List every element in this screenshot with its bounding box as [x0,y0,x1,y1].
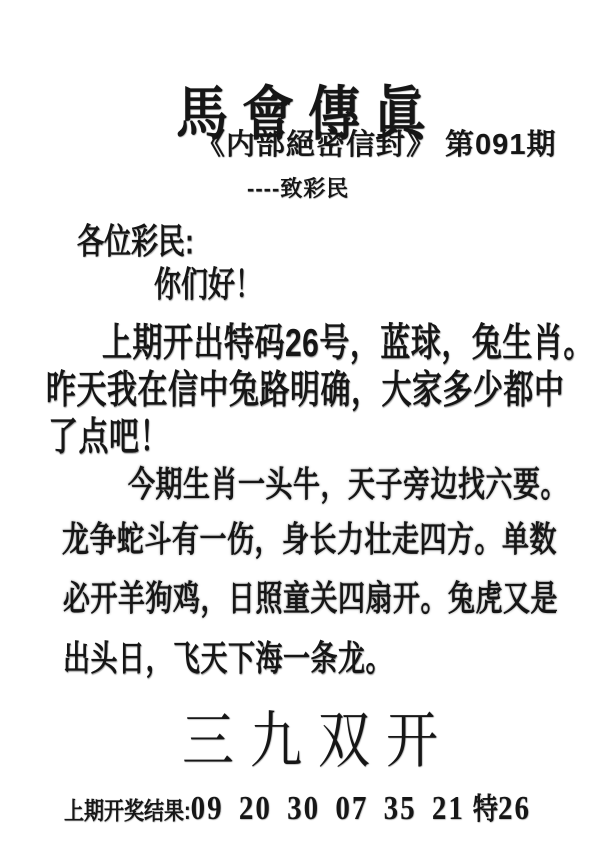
dedication-line: ----致彩民 [247,178,349,200]
footer-winning-numbers: 09 20 30 07 35 21 [191,790,465,828]
footer-previous-results: 上期开奖结果:09 20 30 07 35 21特26 [64,792,531,826]
footer-label: 上期开奖结果: [64,799,191,825]
paragraph2-line3: 必开羊狗鸡，日照童关四扇开。兔虎又是 [63,582,558,617]
special-number-label: 特 [473,793,498,826]
paragraph2-line1: 今期生肖一头牛，天子旁边找六要。 [128,468,568,503]
paragraph2-line4: 出头日，飞天下海一条龙。 [63,642,393,677]
special-number: 特26 [473,804,531,824]
special-number-value: 26 [498,790,531,828]
subtitle-envelope-issue: 《内部絕密信封》 第091期 [196,131,556,160]
fax-document: 馬會傳眞 《内部絕密信封》 第091期 ----致彩民 各位彩民: 你们好！ 上… [0,0,602,853]
salutation: 各位彩民: [77,225,194,260]
paragraph1-line1: 上期开出特码26号，蓝球，兔生肖。 [102,325,594,364]
paragraph1-line2: 昨天我在信中兔路明确，大家多少都中 [46,372,565,411]
highlight-prediction: 三九双开 [0,712,602,773]
paragraph2-line2: 龙争蛇斗有一伤，身长力壮走四方。单数 [62,523,557,558]
greeting: 你们好！ [154,268,262,303]
paragraph1-line3: 了点吧！ [48,419,170,458]
